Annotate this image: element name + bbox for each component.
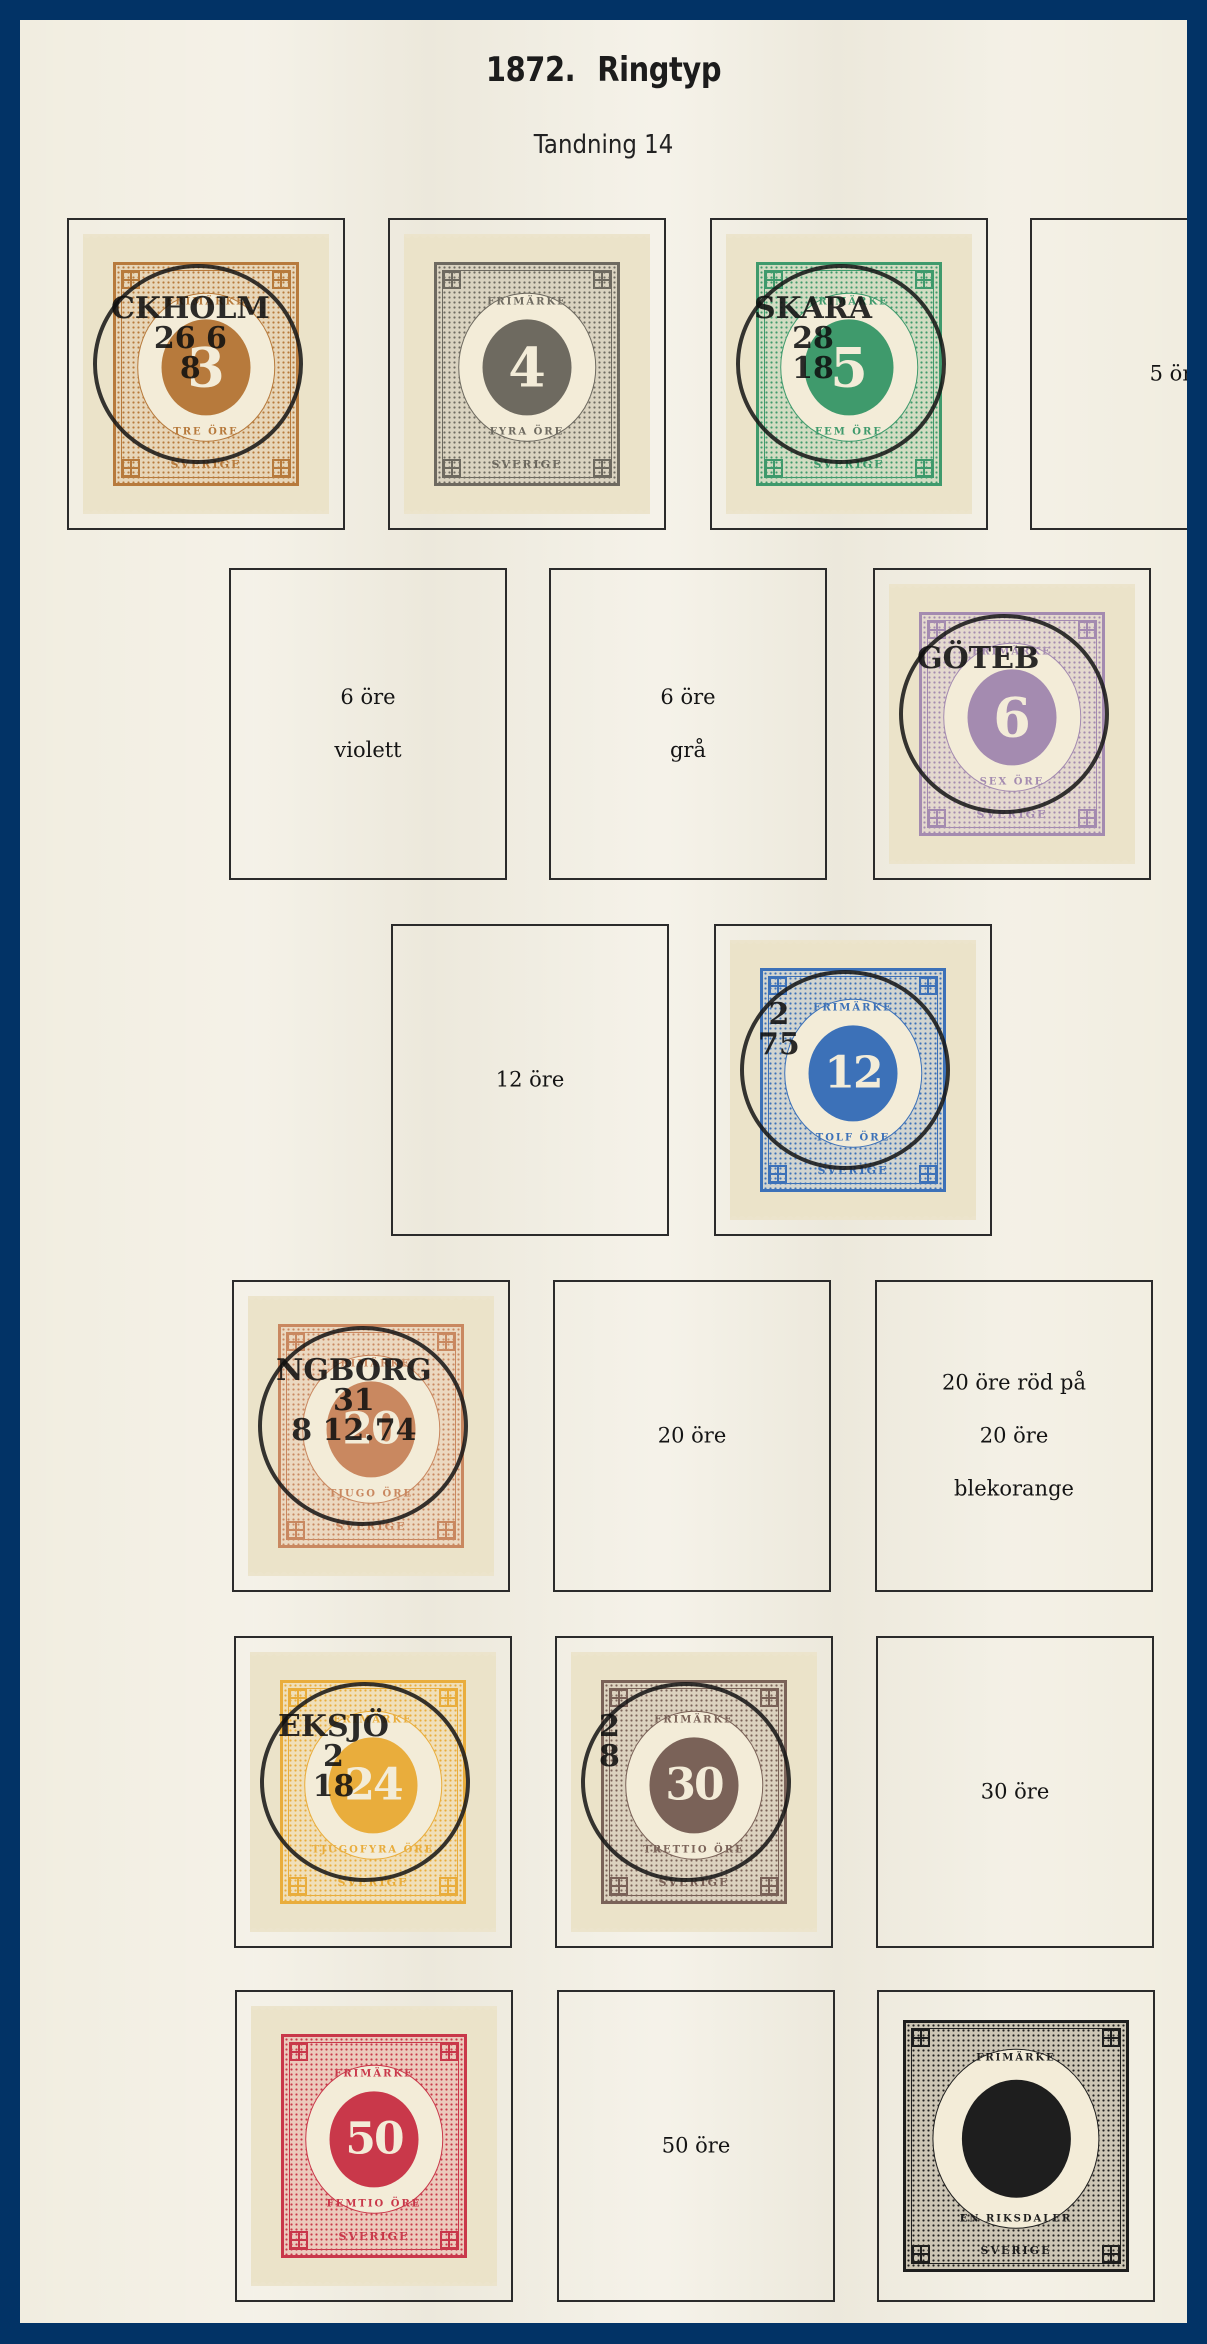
mounted-stamp-slot: FRIMÄRKE4FYRA ÖRESVERIGE: [388, 218, 666, 530]
denomination-disc: 4: [482, 319, 571, 416]
denomination: 24: [344, 1763, 401, 1807]
caption-line: 50 öre: [559, 2120, 833, 2173]
denomination-disc: 6: [967, 669, 1056, 766]
corner-ornament-icon: [593, 271, 611, 289]
stamp-frame: FRIMÄRKEEN RIKSDALERSVERIGE: [903, 2020, 1129, 2272]
country-inscription: SVERIGE: [116, 458, 297, 471]
denomination: 20: [342, 1407, 399, 1451]
stamp: FRIMÄRKE3TRE ÖRESVERIGECKHOLM 26 6 8: [83, 234, 329, 514]
mounted-stamp-slot: FRIMÄRKEEN RIKSDALERSVERIGE: [877, 1990, 1155, 2302]
inscription-top: FRIMÄRKE: [944, 647, 1080, 658]
slot-caption: 6 öreviolett: [231, 671, 505, 777]
stamp-frame: FRIMÄRKE5FEM ÖRESVERIGE: [756, 262, 943, 486]
denomination-disc: 50: [329, 2091, 418, 2188]
page-title: 1872.Ringtyp: [108, 50, 1100, 90]
country-inscription: SVERIGE: [906, 2244, 1126, 2257]
mounted-stamp-slot: FRIMÄRKE5FEM ÖRESVERIGESKARA 28 18: [710, 218, 988, 530]
mounted-stamp-slot: FRIMÄRKE24TJUGOFYRA ÖRESVERIGEEKSJÖ 2 18: [234, 1636, 512, 1948]
denomination: 50: [345, 2117, 402, 2161]
caption-line: 6 öre: [551, 671, 825, 724]
caption-line: 20 öre röd på: [877, 1357, 1151, 1410]
corner-ornament-icon: [122, 271, 140, 289]
stamp-ring: FRIMÄRKEEN RIKSDALER: [932, 2048, 1099, 2229]
inscription-top: FRIMÄRKE: [933, 2052, 1098, 2063]
country-inscription: SVERIGE: [922, 808, 1103, 821]
denomination: 6: [993, 690, 1031, 744]
corner-ornament-icon: [915, 271, 933, 289]
title-year: 1872.: [486, 50, 575, 90]
inscription-top: FRIMÄRKE: [303, 1359, 439, 1370]
corner-ornament-icon: [440, 2043, 458, 2061]
caption-line: 12 öre: [393, 1054, 667, 1107]
stamp: FRIMÄRKE30TRETTIO ÖRESVERIGE2 8: [571, 1652, 817, 1932]
slot-caption: 6 öregrå: [551, 671, 825, 777]
stamp: FRIMÄRKE5FEM ÖRESVERIGESKARA 28 18: [726, 234, 972, 514]
denomination: 5: [830, 340, 868, 394]
slot-caption: 50 öre: [559, 2120, 833, 2173]
stamp: FRIMÄRKE4FYRA ÖRESVERIGE: [404, 234, 650, 514]
empty-stamp-slot: 50 öre: [557, 1990, 835, 2302]
empty-stamp-slot: 5 ör: [1030, 218, 1187, 530]
stamp-frame: FRIMÄRKE24TJUGOFYRA ÖRESVERIGE: [280, 1680, 467, 1904]
denomination: 30: [665, 1763, 722, 1807]
denomination: 3: [187, 340, 225, 394]
stamp-frame: FRIMÄRKE20TJUGO ÖRESVERIGE: [278, 1324, 465, 1548]
country-inscription: SVERIGE: [284, 2230, 465, 2243]
country-inscription: SVERIGE: [283, 1876, 464, 1889]
corner-ornament-icon: [290, 2043, 308, 2061]
corner-ornament-icon: [439, 1689, 457, 1707]
empty-stamp-slot: 6 öregrå: [549, 568, 827, 880]
slot-caption: 12 öre: [393, 1054, 667, 1107]
denomination: 4: [508, 340, 546, 394]
stamp-ring: FRIMÄRKE50FEMTIO ÖRE: [305, 2065, 443, 2214]
inscription-bottom: TOLF ÖRE: [785, 1133, 921, 1144]
inscription-bottom: TRETTIO ÖRE: [626, 1845, 762, 1856]
inscription-bottom: SEX ÖRE: [944, 777, 1080, 788]
inscription-top: FRIMÄRKE: [306, 2069, 442, 2080]
stamp: FRIMÄRKE50FEMTIO ÖRESVERIGE: [251, 2006, 497, 2286]
slot-caption: 5 ör: [1032, 348, 1187, 401]
mounted-stamp-slot: FRIMÄRKE20TJUGO ÖRESVERIGENGBORG 31 8 12…: [232, 1280, 510, 1592]
corner-ornament-icon: [912, 2029, 930, 2047]
corner-ornament-icon: [287, 1333, 305, 1351]
slot-caption: 30 öre: [878, 1766, 1152, 1819]
inscription-bottom: TJUGOFYRA ÖRE: [305, 1845, 441, 1856]
corner-ornament-icon: [437, 1333, 455, 1351]
corner-ornament-icon: [769, 977, 787, 995]
stamp: FRIMÄRKE20TJUGO ÖRESVERIGENGBORG 31 8 12…: [248, 1296, 494, 1576]
corner-ornament-icon: [928, 621, 946, 639]
stamp: FRIMÄRKE6SEX ÖRESVERIGEGÖTEB: [889, 584, 1135, 864]
corner-ornament-icon: [610, 1689, 628, 1707]
country-inscription: SVERIGE: [437, 458, 618, 471]
stamp: FRIMÄRKEEN RIKSDALERSVERIGE: [903, 2020, 1129, 2272]
mounted-stamp-slot: FRIMÄRKE30TRETTIO ÖRESVERIGE2 8: [555, 1636, 833, 1948]
empty-stamp-slot: 20 öre röd på20 öreblekorange: [875, 1280, 1153, 1592]
corner-ornament-icon: [443, 271, 461, 289]
inscription-top: FRIMÄRKE: [785, 1003, 921, 1014]
inscription-top: FRIMÄRKE: [626, 1715, 762, 1726]
corner-ornament-icon: [1078, 621, 1096, 639]
stamp: FRIMÄRKE12TOLF ÖRESVERIGE2 75: [730, 940, 976, 1220]
empty-stamp-slot: 6 öreviolett: [229, 568, 507, 880]
corner-ornament-icon: [289, 1689, 307, 1707]
caption-line: grå: [551, 724, 825, 777]
caption-line: violett: [231, 724, 505, 777]
country-inscription: SVERIGE: [763, 1164, 944, 1177]
denomination-disc: 20: [326, 1381, 415, 1478]
caption-line: 6 öre: [231, 671, 505, 724]
inscription-bottom: FEMTIO ÖRE: [306, 2199, 442, 2210]
stamp-ring: FRIMÄRKE30TRETTIO ÖRE: [625, 1711, 763, 1860]
inscription-top: FRIMÄRKE: [305, 1715, 441, 1726]
inscription-top: FRIMÄRKE: [459, 297, 595, 308]
empty-stamp-slot: 30 öre: [876, 1636, 1154, 1948]
inscription-bottom: TRE ÖRE: [138, 427, 274, 438]
corner-ornament-icon: [272, 271, 290, 289]
stamp-ring: FRIMÄRKE5FEM ÖRE: [780, 293, 918, 442]
denomination-disc: 5: [804, 319, 893, 416]
mounted-stamp-slot: FRIMÄRKE3TRE ÖRESVERIGECKHOLM 26 6 8: [67, 218, 345, 530]
stamp-ring: FRIMÄRKE24TJUGOFYRA ÖRE: [304, 1711, 442, 1860]
album-page: 1872.Ringtyp Tandning 14 FRIMÄRKE3TRE ÖR…: [20, 20, 1187, 2323]
denomination-disc: 3: [161, 319, 250, 416]
caption-line: 5 ör: [1032, 348, 1187, 401]
denomination: 12: [824, 1051, 881, 1095]
stamp-frame: FRIMÄRKE50FEMTIO ÖRESVERIGE: [281, 2034, 468, 2258]
inscription-bottom: EN RIKSDALER: [933, 2214, 1098, 2225]
stamp-frame: FRIMÄRKE30TRETTIO ÖRESVERIGE: [601, 1680, 788, 1904]
country-inscription: SVERIGE: [759, 458, 940, 471]
mounted-stamp-slot: FRIMÄRKE12TOLF ÖRESVERIGE2 75: [714, 924, 992, 1236]
mounted-stamp-slot: FRIMÄRKE50FEMTIO ÖRESVERIGE: [235, 1990, 513, 2302]
country-inscription: SVERIGE: [281, 1520, 462, 1533]
corner-ornament-icon: [765, 271, 783, 289]
inscription-bottom: FEM ÖRE: [781, 427, 917, 438]
empty-stamp-slot: 12 öre: [391, 924, 669, 1236]
stamp-frame: FRIMÄRKE12TOLF ÖRESVERIGE: [760, 968, 947, 1192]
caption-line: 30 öre: [878, 1766, 1152, 1819]
stamp-ring: FRIMÄRKE3TRE ÖRE: [137, 293, 275, 442]
stamp-frame: FRIMÄRKE6SEX ÖRESVERIGE: [919, 612, 1106, 836]
inscription-top: FRIMÄRKE: [781, 297, 917, 308]
country-inscription: SVERIGE: [604, 1876, 785, 1889]
corner-ornament-icon: [919, 977, 937, 995]
page-subtitle: Tandning 14: [90, 130, 1117, 160]
caption-line: 20 öre: [877, 1410, 1151, 1463]
stamp-ring: FRIMÄRKE4FYRA ÖRE: [458, 293, 596, 442]
stamp-frame: FRIMÄRKE3TRE ÖRESVERIGE: [113, 262, 300, 486]
inscription-bottom: FYRA ÖRE: [459, 427, 595, 438]
stamp: FRIMÄRKE24TJUGOFYRA ÖRESVERIGEEKSJÖ 2 18: [250, 1652, 496, 1932]
inscription-top: FRIMÄRKE: [138, 297, 274, 308]
stamp-ring: FRIMÄRKE6SEX ÖRE: [943, 643, 1081, 792]
slot-caption: 20 öre: [555, 1410, 829, 1463]
inscription-bottom: TJUGO ÖRE: [303, 1489, 439, 1500]
corner-ornament-icon: [760, 1689, 778, 1707]
corner-ornament-icon: [1102, 2029, 1120, 2047]
caption-line: 20 öre: [555, 1410, 829, 1463]
stamp-ring: FRIMÄRKE20TJUGO ÖRE: [302, 1355, 440, 1504]
stamp-ring: FRIMÄRKE12TOLF ÖRE: [784, 999, 922, 1148]
denomination-disc: [961, 2080, 1070, 2198]
empty-stamp-slot: 20 öre: [553, 1280, 831, 1592]
stamp-frame: FRIMÄRKE4FYRA ÖRESVERIGE: [434, 262, 621, 486]
mounted-stamp-slot: FRIMÄRKE6SEX ÖRESVERIGEGÖTEB: [873, 568, 1151, 880]
denomination-disc: 12: [808, 1025, 897, 1122]
slot-caption: 20 öre röd på20 öreblekorange: [877, 1357, 1151, 1516]
caption-line: blekorange: [877, 1463, 1151, 1516]
title-name: Ringtyp: [597, 50, 721, 90]
denomination-disc: 30: [649, 1737, 738, 1834]
denomination-disc: 24: [328, 1737, 417, 1834]
